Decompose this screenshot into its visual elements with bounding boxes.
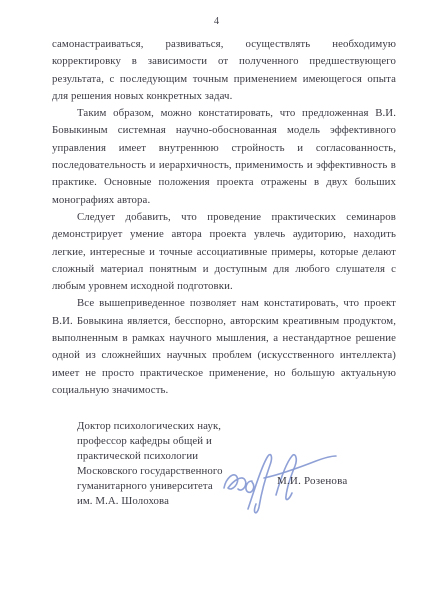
document-body: самонастраиваться, развиваться, осуществ… bbox=[52, 36, 396, 399]
page-number: 4 bbox=[0, 16, 433, 27]
signature-stroke bbox=[246, 481, 254, 492]
body-paragraph: самонастраиваться, развиваться, осуществ… bbox=[52, 36, 396, 105]
body-paragraph: Все вышеприведенное позволяет нам конста… bbox=[52, 295, 396, 399]
body-paragraph: Таким образом, можно констатировать, что… bbox=[52, 105, 396, 209]
scanned-document-page: 4 самонастраиваться, развиваться, осущес… bbox=[0, 0, 433, 600]
body-paragraph: Следует добавить, что проведение практич… bbox=[52, 209, 396, 295]
signature-stroke bbox=[224, 475, 246, 490]
signatory-name: М.И. Розенова bbox=[277, 475, 347, 487]
signature-stroke bbox=[248, 455, 271, 513]
credential-line: Доктор психологических наук, bbox=[77, 419, 247, 434]
